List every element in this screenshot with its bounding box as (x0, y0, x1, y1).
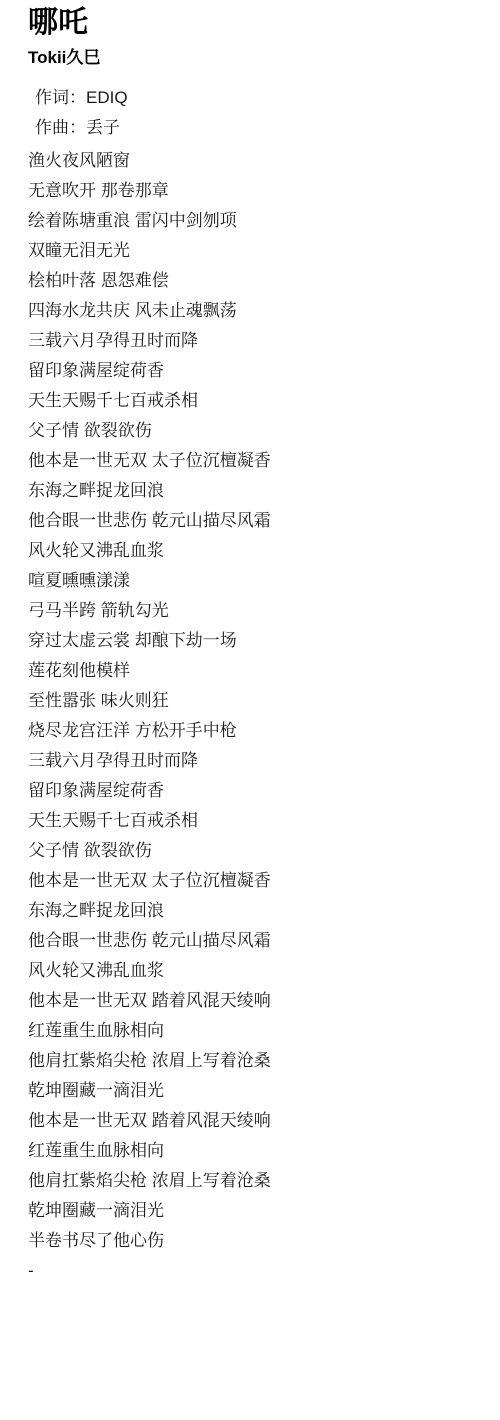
lyric-line: 渔火夜风陋窗 (28, 146, 484, 176)
lyric-line: 双瞳无泪无光 (28, 236, 484, 266)
lyric-line: 天生天赐千七百戒杀相 (28, 806, 484, 836)
lyric-line: 他本是一世无双 太子位沉檀凝香 (28, 866, 484, 896)
lyric-line: 风火轮又沸乱血浆 (28, 956, 484, 986)
artist-name: Tokii久巳 (28, 46, 484, 70)
lyric-line: 父子情 欲裂欲伤 (28, 836, 484, 866)
lyric-line: 风火轮又沸乱血浆 (28, 536, 484, 566)
lyric-line: 他肩扛紫焰尖枪 浓眉上写着沧桑 (28, 1166, 484, 1196)
credits-block: 作词：EDIQ 作曲：丢子 (28, 83, 484, 143)
lyric-line: 烧尽龙宫汪洋 方松开手中枪 (28, 716, 484, 746)
lyric-line: 他合眼一世悲伤 乾元山描尽风霜 (28, 506, 484, 536)
lyric-line: 桧柏叶落 恩怨难偿 (28, 266, 484, 296)
lyric-line: - (28, 1256, 484, 1286)
lyric-line: 乾坤圈藏一滴泪光 (28, 1196, 484, 1226)
lyric-line: 东海之畔捉龙回浪 (28, 896, 484, 926)
lyric-line: 他本是一世无双 踏着风混天绫响 (28, 1106, 484, 1136)
lyric-line: 天生天赐千七百戒杀相 (28, 386, 484, 416)
lyric-line: 红莲重生血脉相向 (28, 1016, 484, 1046)
lyric-line: 他本是一世无双 太子位沉檀凝香 (28, 446, 484, 476)
lyric-line: 至性嚣张 味火则狂 (28, 686, 484, 716)
lyric-line: 乾坤圈藏一滴泪光 (28, 1076, 484, 1106)
lyric-line: 三载六月孕得丑时而降 (28, 746, 484, 776)
lyric-line: 喧夏曛曛漾漾 (28, 566, 484, 596)
lyric-line: 东海之畔捉龙回浪 (28, 476, 484, 506)
credit-lyricist: 作词：EDIQ (28, 83, 484, 113)
lyric-line: 四海水龙共庆 风未止魂飘荡 (28, 296, 484, 326)
lyric-line: 他本是一世无双 踏着风混天绫响 (28, 986, 484, 1016)
lyric-line: 留印象满屋绽荷香 (28, 776, 484, 806)
lyric-line: 红莲重生血脉相向 (28, 1136, 484, 1166)
lyric-line: 三载六月孕得丑时而降 (28, 326, 484, 356)
lyric-line: 留印象满屋绽荷香 (28, 356, 484, 386)
lyric-line: 无意吹开 那卷那章 (28, 176, 484, 206)
song-title: 哪吒 (28, 4, 484, 42)
lyric-line: 他合眼一世悲伤 乾元山描尽风霜 (28, 926, 484, 956)
lyric-line: 半卷书尽了他心伤 (28, 1226, 484, 1256)
lyric-line: 绘着陈塘重浪 雷闪中剑刎项 (28, 206, 484, 236)
lyric-line: 穿过太虚云裳 却酿下劫一场 (28, 626, 484, 656)
lyric-line: 莲花刻他模样 (28, 656, 484, 686)
lyric-line: 他肩扛紫焰尖枪 浓眉上写着沧桑 (28, 1046, 484, 1076)
credit-composer: 作曲：丢子 (28, 113, 484, 143)
lyric-line: 弓马半跨 箭轨勾光 (28, 596, 484, 626)
lyrics-body: 渔火夜风陋窗 无意吹开 那卷那章 绘着陈塘重浪 雷闪中剑刎项 双瞳无泪无光 桧柏… (28, 146, 484, 1286)
lyric-line: 父子情 欲裂欲伤 (28, 416, 484, 446)
lyrics-page: 哪吒 Tokii久巳 作词：EDIQ 作曲：丢子 渔火夜风陋窗 无意吹开 那卷那… (0, 0, 500, 1286)
